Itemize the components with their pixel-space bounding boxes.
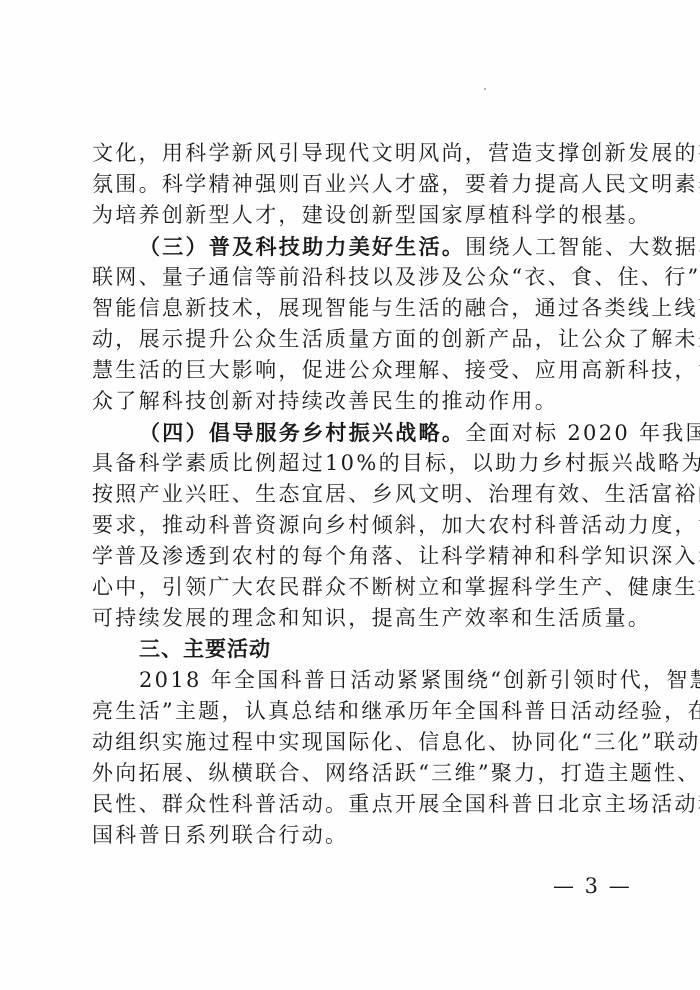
document-page: 文化，用科学新风引导现代文明风尚，营造支撑创新发展的有利 氛围。科学精神强则百业… [0, 0, 700, 990]
section-heading: 三、主要活动 [92, 634, 610, 665]
text-line: 亮生活”主题，认真总结和继承历年全国科普日活动经验，在活 [92, 696, 610, 727]
section-3-first-line: （三）普及科技助力美好生活。围绕人工智能、大数据、物 [92, 231, 610, 262]
text-line: 智能信息新技术，展现智能与生活的融合，通过各类线上线下活 [92, 293, 610, 324]
document-body: 文化，用科学新风引导现代文明风尚，营造支撑创新发展的有利 氛围。科学精神强则百业… [92, 138, 610, 851]
text-span: 全面对标 2020 年我国公民 [465, 421, 700, 445]
text-line: 动，展示提升公众生活质量方面的创新产品，让公众了解未来智 [92, 324, 610, 355]
text-line: 心中，引领广大农民群众不断树立和掌握科学生产、健康生活、 [92, 572, 610, 603]
section-4-first-line: （四）倡导服务乡村振兴战略。全面对标 2020 年我国公民 [92, 417, 610, 448]
text-line: 民性、群众性科普活动。重点开展全国科普日北京主场活动和全 [92, 789, 610, 820]
page-number: — 3 — [553, 872, 632, 900]
text-line: 为培养创新型人才，建设创新型国家厚植科学的根基。 [92, 200, 610, 231]
text-line: 外向拓展、纵横联合、网络活跃“三维”聚力，打造主题性、全 [92, 758, 610, 789]
section-4-title: （四）倡导服务乡村振兴战略。 [139, 420, 465, 445]
text-line: 按照产业兴旺、生态宜居、乡风文明、治理有效、生活富裕的总 [92, 479, 610, 510]
text-line: 慧生活的巨大影响，促进公众理解、接受、应用高新科技，让公 [92, 355, 610, 386]
text-line: 国科普日系列联合行动。 [92, 820, 610, 851]
text-line: 氛围。科学精神强则百业兴人才盛，要着力提高人民文明素养， [92, 169, 610, 200]
text-line: 具备科学素质比例超过10%的目标，以助力乡村振兴战略为抓手， [92, 448, 610, 479]
text-line: 可持续发展的理念和知识，提高生产效率和生活质量。 [92, 603, 610, 634]
text-span: 围绕人工智能、大数据、物 [465, 235, 700, 259]
text-line: 2018 年全国科普日活动紧紧围绕“创新引领时代，智慧点 [92, 665, 610, 696]
text-line: 学普及渗透到农村的每个角落、让科学精神和科学知识深入农民 [92, 541, 610, 572]
text-line: 文化，用科学新风引导现代文明风尚，营造支撑创新发展的有利 [92, 138, 610, 169]
text-line: 要求，推动科普资源向乡村倾斜，加大农村科普活动力度，让科 [92, 510, 610, 541]
scan-speck [484, 88, 486, 90]
text-line: 动组织实施过程中实现国际化、信息化、协同化“三化”联动， [92, 727, 610, 758]
section-3-title: （三）普及科技助力美好生活。 [139, 234, 465, 259]
text-line: 联网、量子通信等前沿科技以及涉及公众“衣、食、住、行”的 [92, 262, 610, 293]
text-line: 众了解科技创新对持续改善民生的推动作用。 [92, 386, 610, 417]
